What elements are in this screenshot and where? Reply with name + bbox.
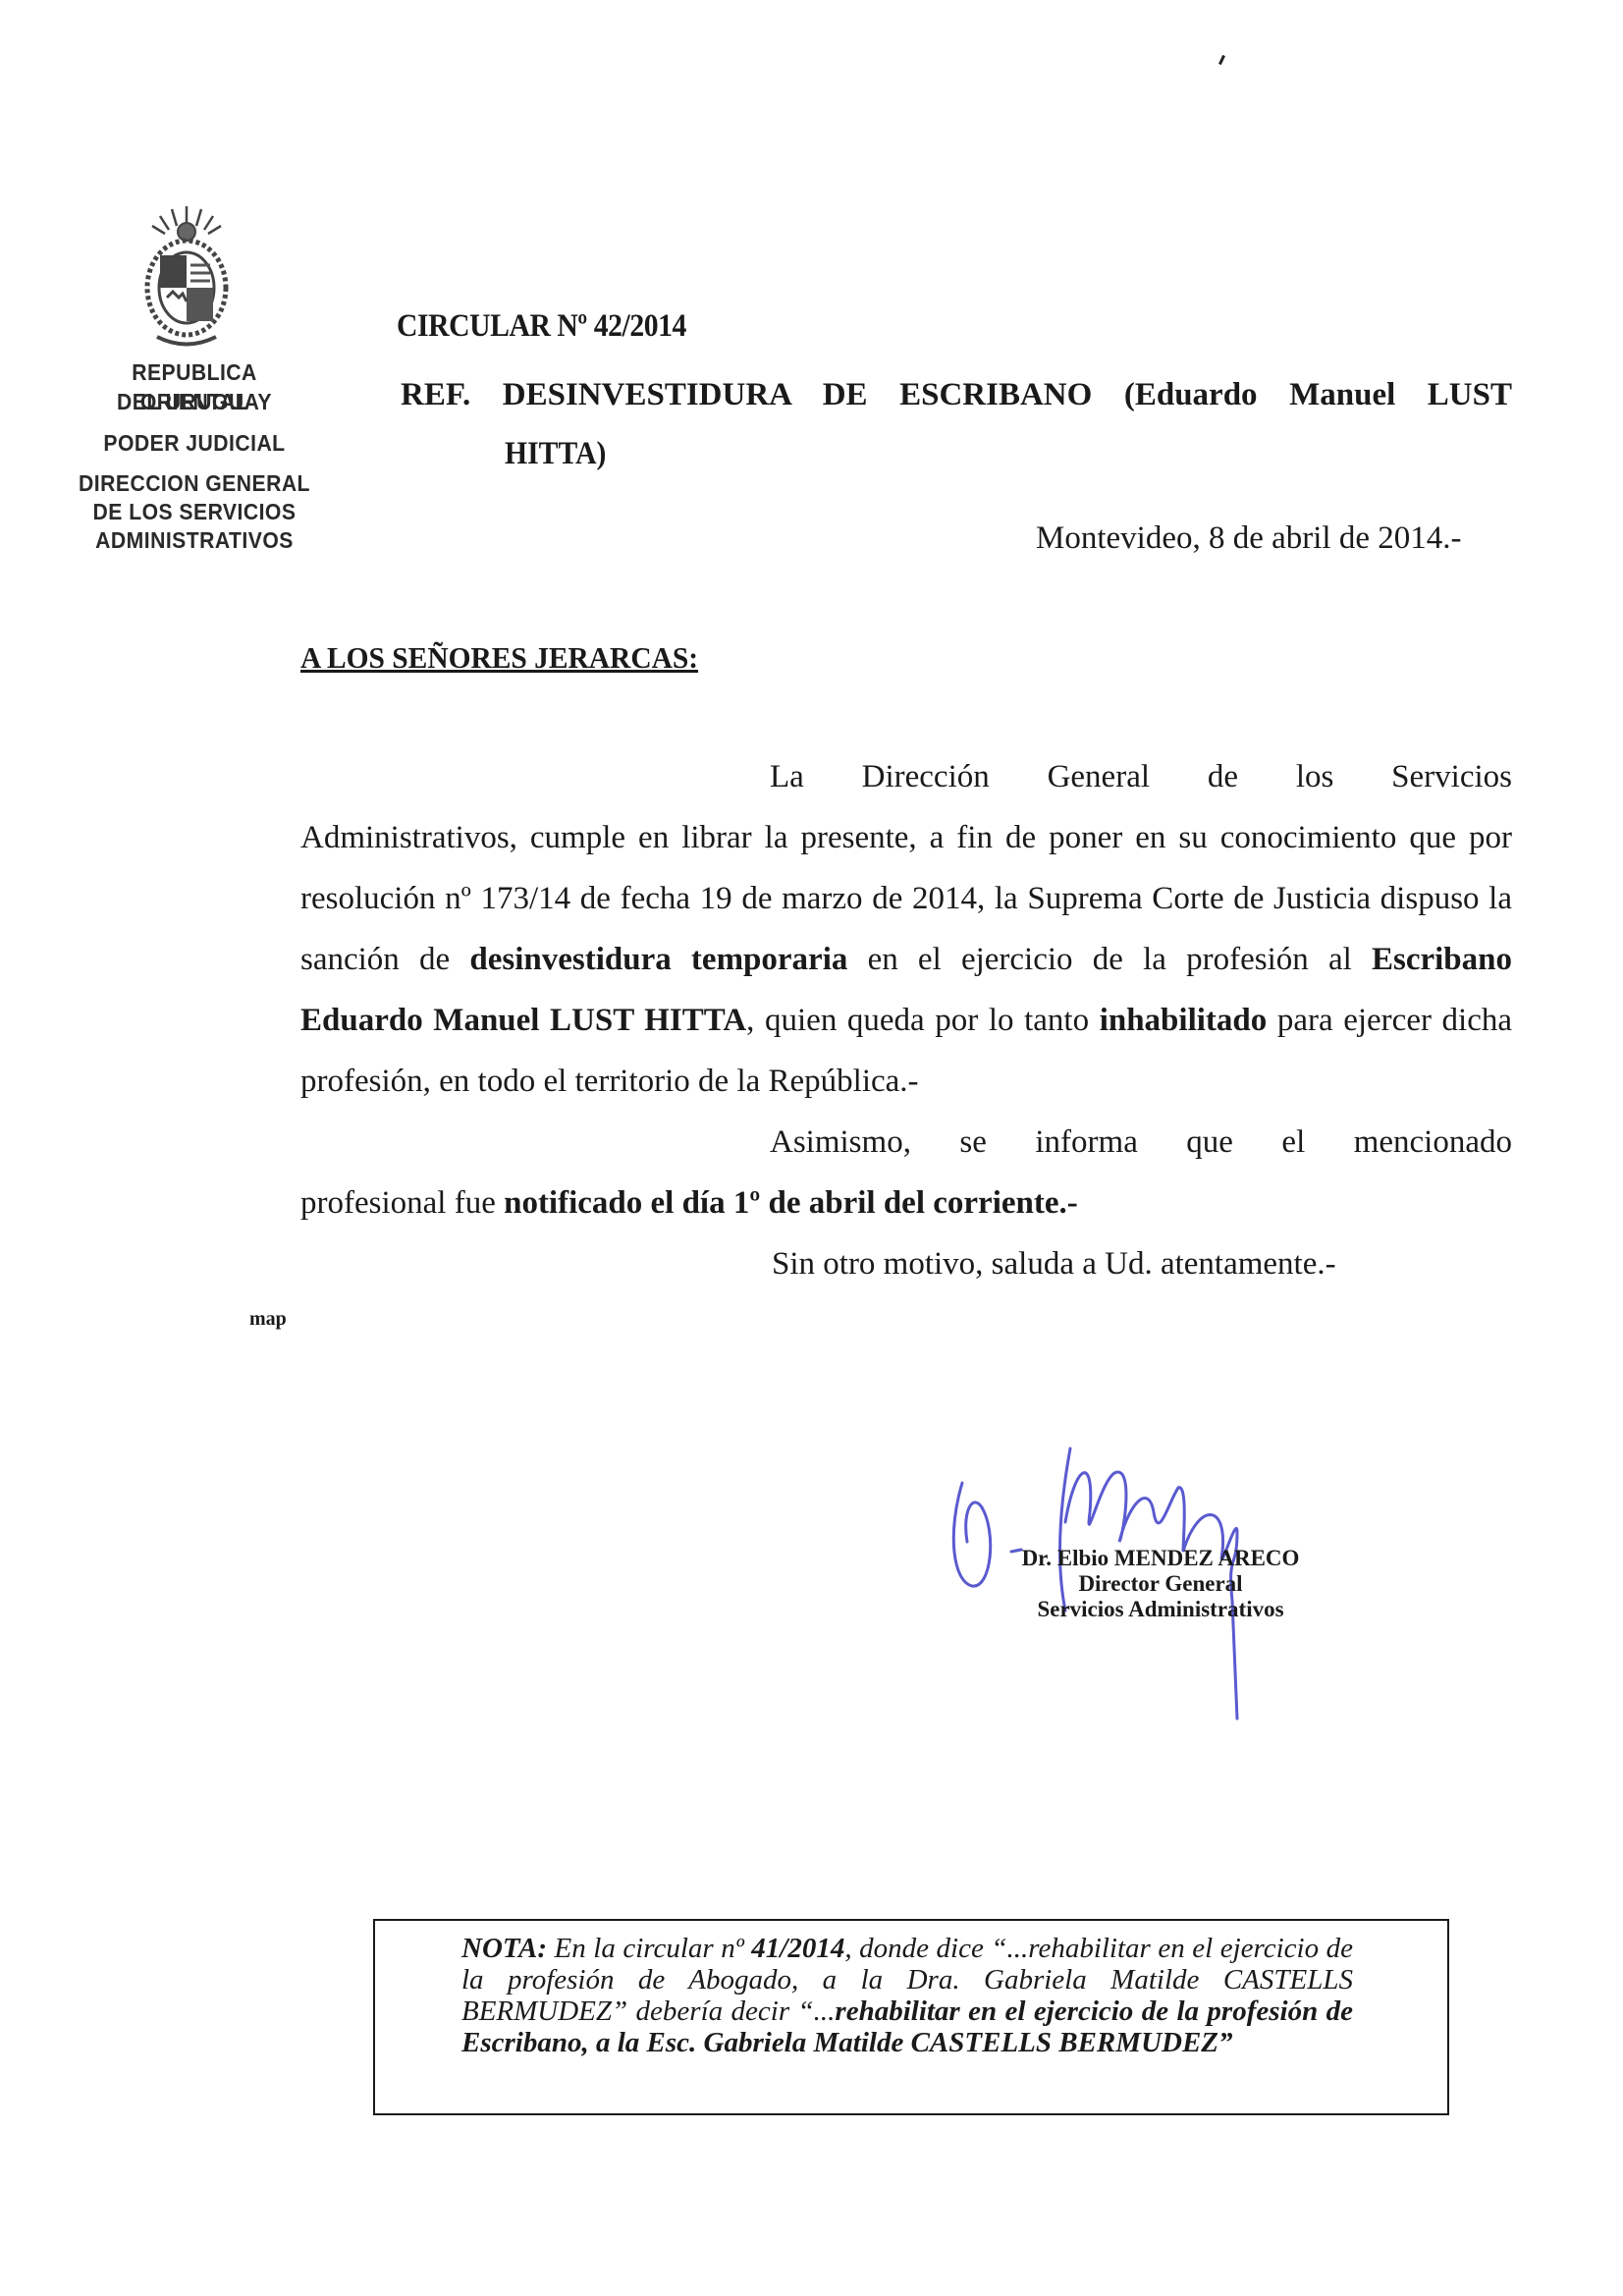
paragraph-1: Administrativos, cumple en librar la pre… <box>300 807 1512 1112</box>
signature-block: Dr. Elbio MENDEZ ARECO Director General … <box>994 1546 1327 1622</box>
circular-number: CIRCULAR Nº 42/2014 <box>397 308 686 345</box>
note-label: NOTA: <box>461 1933 547 1964</box>
text: En la circular nº <box>547 1933 751 1964</box>
text: en el ejercicio de la profesión al <box>847 942 1372 977</box>
bold-text: desinvestidura temporaria <box>469 942 847 977</box>
bold-text: 41/2014 <box>751 1933 844 1964</box>
bold-text: inhabilitado <box>1100 1003 1268 1038</box>
text: profesional fue <box>300 1185 504 1221</box>
stray-mark <box>1218 55 1225 65</box>
bold-text: notificado el día 1º de abril del corrie… <box>504 1185 1078 1221</box>
coat-of-arms-icon <box>128 204 245 352</box>
closing: Sin otro motivo, saluda a Ud. atentament… <box>300 1233 1512 1294</box>
letterhead-line: DIRECCION GENERAL <box>77 469 311 498</box>
reference-line: REF. DESINVESTIDURA DE ESCRIBANO (Eduard… <box>401 365 1512 424</box>
letterhead-dept: DIRECCION GENERAL DE LOS SERVICIOS ADMIN… <box>77 469 311 555</box>
note-text: NOTA: En la circular nº 41/2014, donde d… <box>461 1933 1353 2058</box>
letterhead-line: ADMINISTRATIVOS <box>77 526 311 555</box>
letter-body: La Dirección General de los Servicios Ad… <box>300 746 1512 1294</box>
paragraph-1-start: La Dirección General de los Servicios <box>300 746 1512 807</box>
paragraph-2-start: Asimismo, se informa que el mencionado <box>300 1112 1512 1173</box>
letterhead-line: PODER JUDICIAL <box>77 428 311 458</box>
signer-title: Director General <box>994 1571 1327 1597</box>
letterhead-line: DEL URUGUAY <box>77 387 311 416</box>
letterhead-line: DE LOS SERVICIOS <box>77 498 311 526</box>
signer-department: Servicios Administrativos <box>994 1597 1327 1622</box>
note-box: NOTA: En la circular nº 41/2014, donde d… <box>373 1919 1449 2115</box>
date-line: Montevideo, 8 de abril de 2014.- <box>1036 520 1461 557</box>
reference-line-cont: HITTA) <box>505 424 606 483</box>
salutation: A LOS SEÑORES JERARCAS: <box>300 640 698 676</box>
paragraph-2: profesional fue notificado el día 1º de … <box>300 1173 1512 1233</box>
typist-initials: map <box>249 1308 287 1331</box>
text: , quien queda por lo tanto <box>746 1003 1100 1038</box>
text: ” <box>1218 2027 1233 2058</box>
signer-name: Dr. Elbio MENDEZ ARECO <box>994 1546 1327 1571</box>
